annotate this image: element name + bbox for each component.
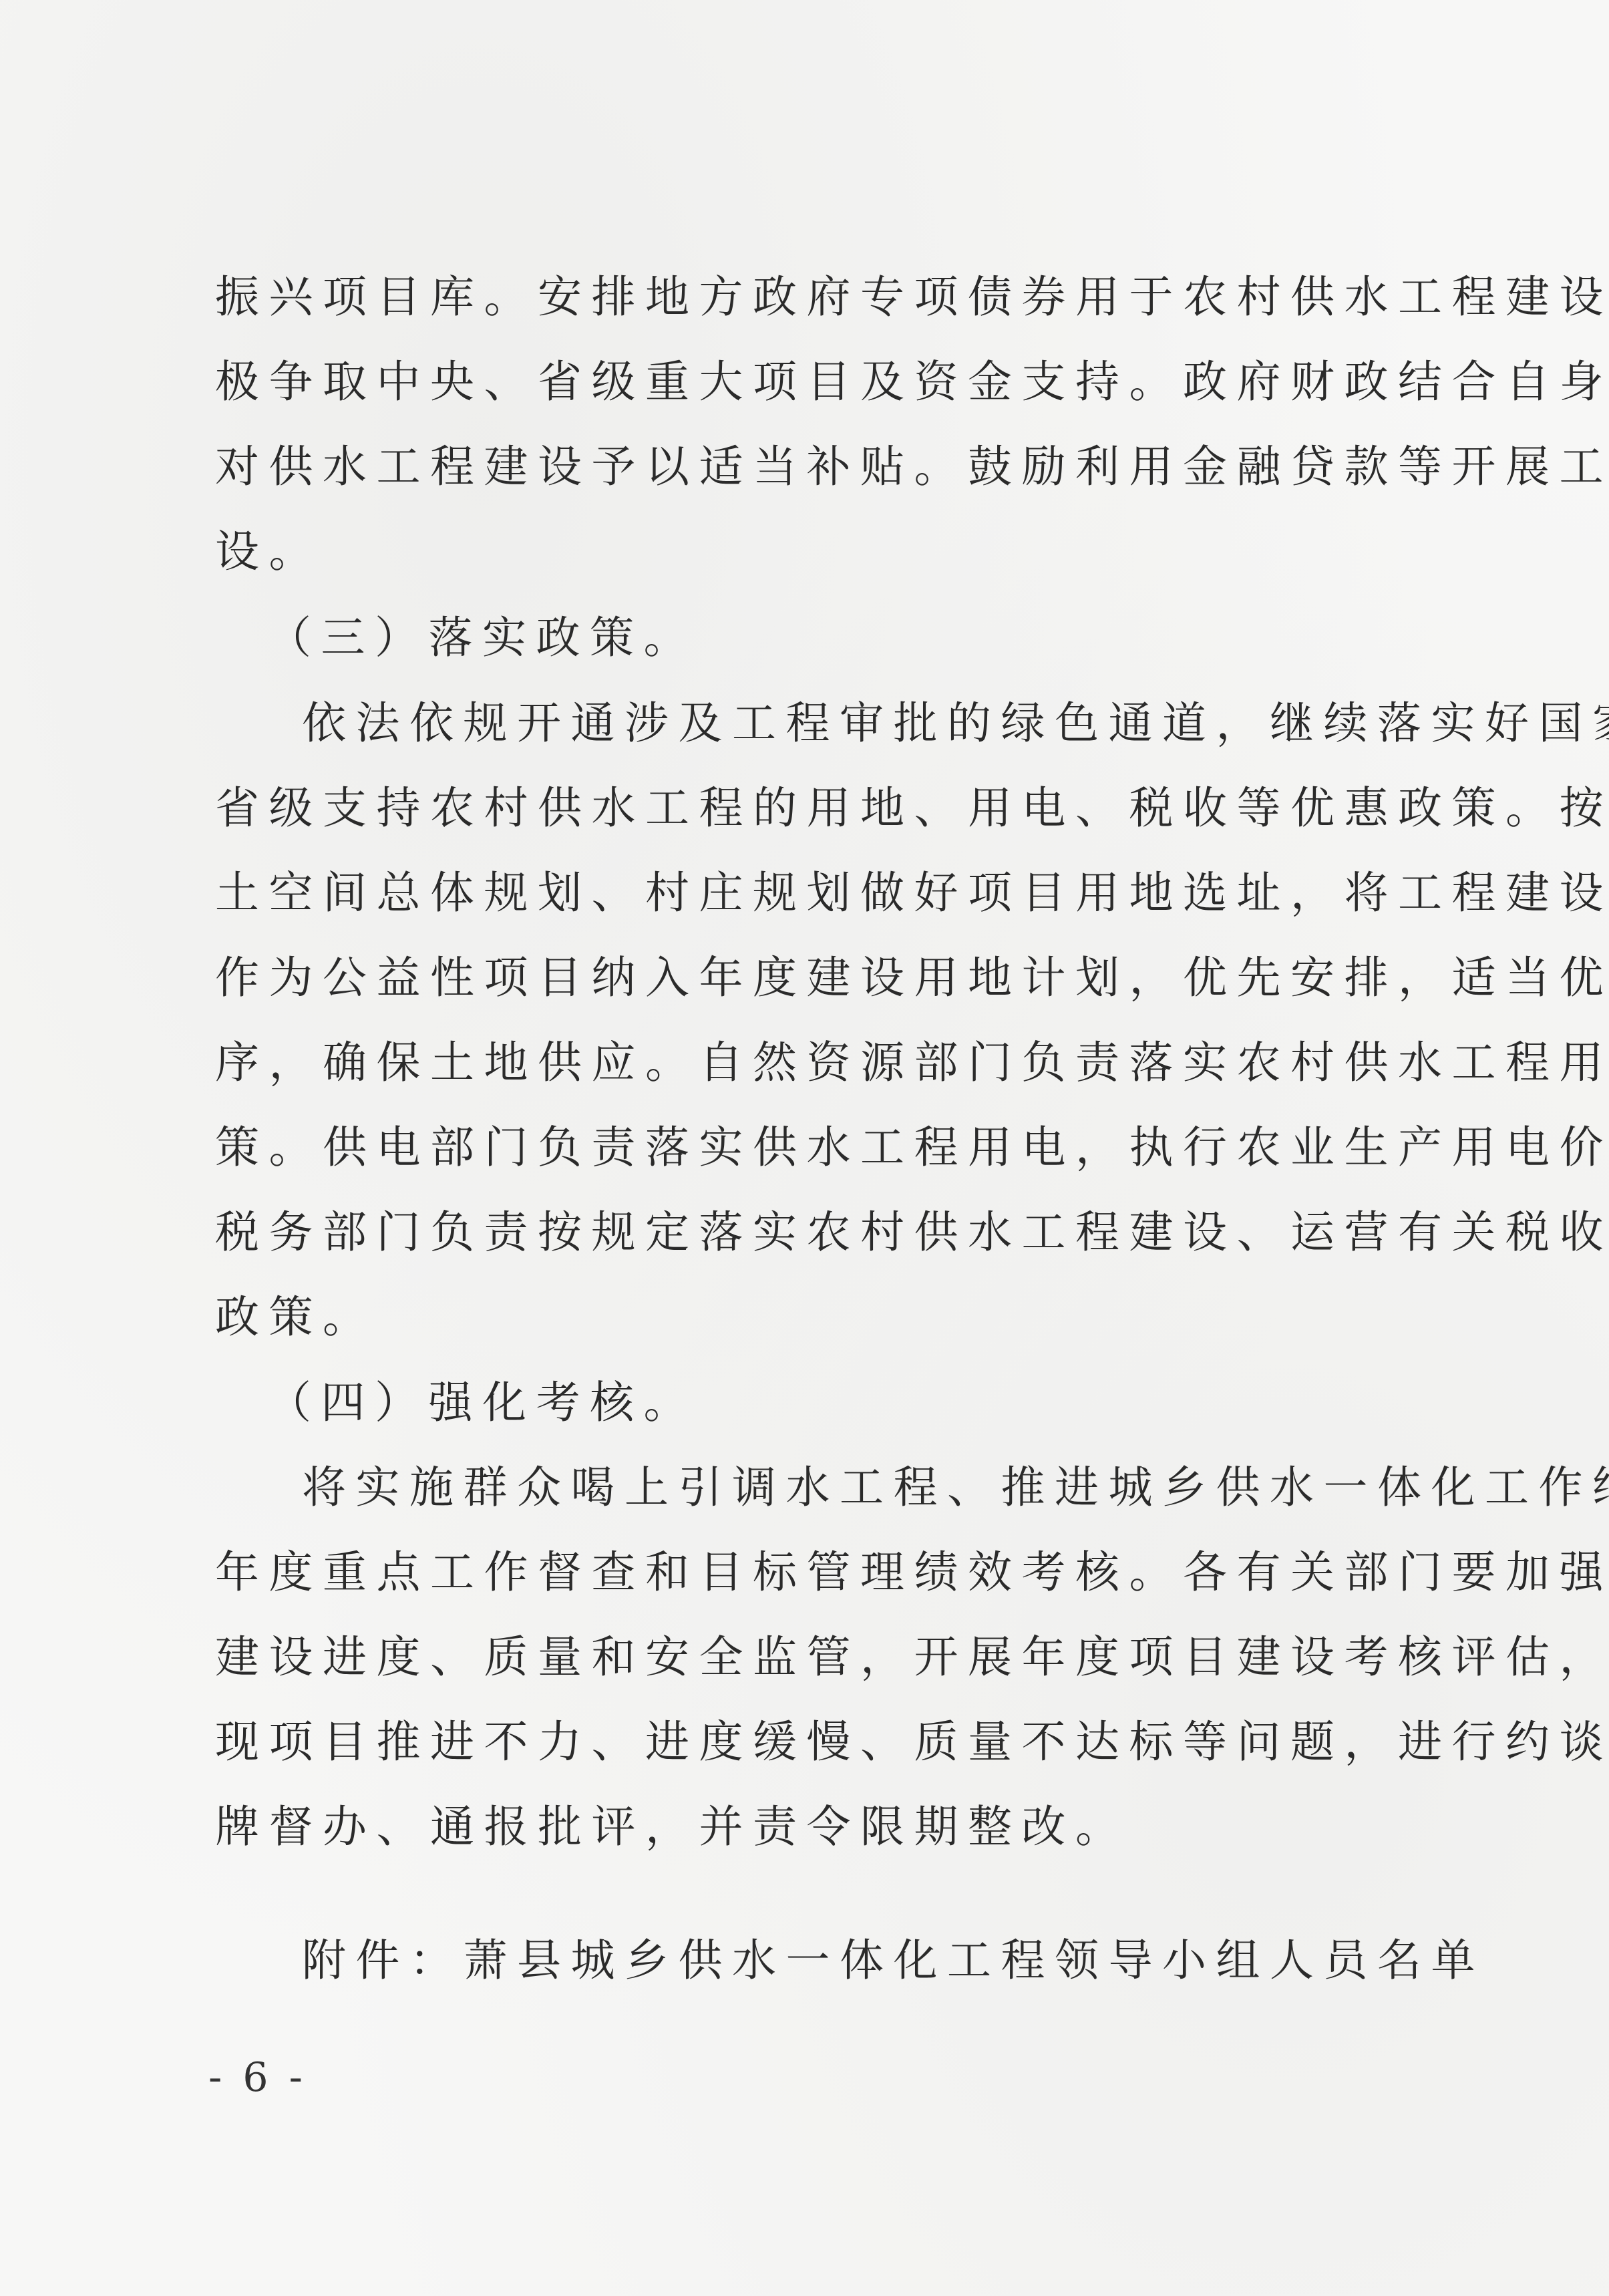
body-line: 政策。 [215, 1281, 1451, 1354]
body-line: 设。 [215, 515, 1451, 589]
page-number: - 6 - [208, 2044, 307, 2111]
body-line: 序，确保土地供应。自然资源部门负责落实农村供水工程用地政 [215, 1026, 1451, 1100]
body-line: 作为公益性项目纳入年度建设用地计划，优先安排，适当优化程 [215, 941, 1451, 1015]
body-line: 依法依规开通涉及工程审批的绿色通道，继续落实好国家及 [302, 687, 1538, 760]
scanned-page: 振兴项目库。安排地方政府专项债券用于农村供水工程建设。积 极争取中央、省级重大项… [0, 0, 1609, 2296]
body-line: 对供水工程建设予以适当补贴。鼓励利用金融贷款等开展工程建 [215, 430, 1451, 504]
body-line: 税务部门负责按规定落实农村供水工程建设、运营有关税收优惠 [215, 1196, 1451, 1269]
body-line: 将实施群众喝上引调水工程、推进城乡供水一体化工作纳入 [302, 1451, 1538, 1524]
body-line: 现项目推进不力、进度缓慢、质量不达标等问题，进行约谈、挂 [215, 1705, 1451, 1779]
body-line: 极争取中央、省级重大项目及资金支持。政府财政结合自身实际 [215, 345, 1451, 419]
section-heading-implement-policy: （三）落实政策。 [267, 601, 1503, 675]
body-line: 省级支持农村供水工程的用地、用电、税收等优惠政策。按照国 [215, 772, 1451, 845]
body-line: 土空间总体规划、村庄规划做好项目用地选址，将工程建设用地 [215, 856, 1451, 930]
attachment-note: 附件：萧县城乡供水一体化工程领导小组人员名单 [302, 1924, 1538, 1997]
body-line: 年度重点工作督查和目标管理绩效考核。各有关部门要加强工程 [215, 1536, 1451, 1609]
body-line: 振兴项目库。安排地方政府专项债券用于农村供水工程建设。积 [215, 261, 1451, 334]
body-line: 策。供电部门负责落实供水工程用电，执行农业生产用电价格。 [215, 1111, 1451, 1184]
body-line: 牌督办、通报批评，并责令限期整改。 [215, 1790, 1451, 1864]
section-heading-strengthen-assessment: （四）强化考核。 [267, 1366, 1503, 1440]
body-line: 建设进度、质量和安全监管，开展年度项目建设考核评估，对出 [215, 1621, 1451, 1694]
